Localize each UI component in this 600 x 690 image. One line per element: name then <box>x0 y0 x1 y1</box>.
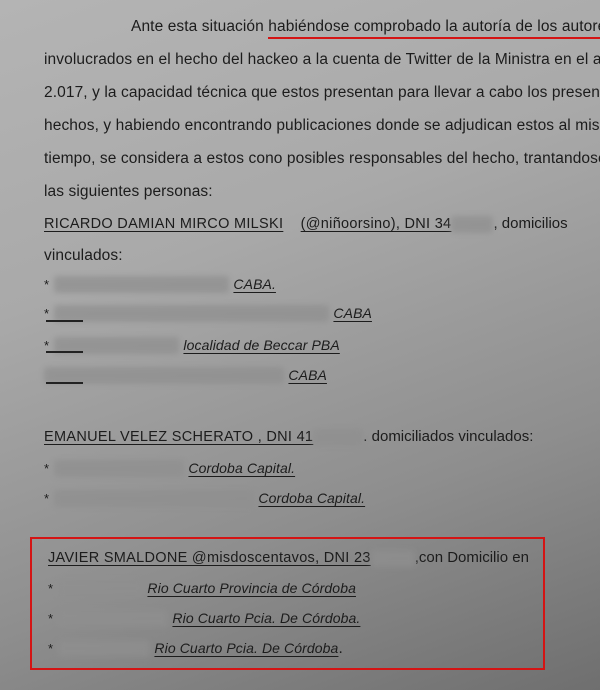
redacted-address <box>54 276 229 293</box>
redacted-address <box>58 640 150 657</box>
address-locality: Rio Cuarto Provincia de Córdoba <box>147 580 356 596</box>
bullet: * <box>44 489 54 509</box>
person-3-name: JAVIER SMALDONE @misdoscentavos, DNI 23 <box>48 550 371 566</box>
redacted-address <box>54 490 254 507</box>
person-2-header: EMANUEL VELEZ SCHERATO , DNI 41. domicil… <box>44 427 570 447</box>
bullet: * <box>48 639 58 659</box>
intro-text: Ante esta situación <box>131 18 268 35</box>
person-3-address-1: * Rio Cuarto Provincia de Córdoba <box>48 578 574 599</box>
bullet: * <box>44 459 54 479</box>
trailing-period: . <box>338 640 342 657</box>
paragraph-line-5: tiempo, se considera a estos cono posibl… <box>44 149 570 169</box>
paragraph-line-6: las siguientes personas: <box>44 182 570 202</box>
person-1-header: RICARDO DAMIAN MIRCO MILSKI (@niñoorsino… <box>44 214 570 234</box>
address-locality: CABA <box>288 367 327 383</box>
person-1-handle-dni: (@niñoorsino), DNI 34 <box>301 216 452 232</box>
redacted-address <box>58 580 143 597</box>
person-1-name: RICARDO DAMIAN MIRCO MILSKI <box>44 216 283 232</box>
person-2-name: EMANUEL VELEZ SCHERATO , DNI 41 <box>44 429 313 445</box>
address-locality: localidad de Beccar PBA <box>183 337 339 353</box>
address-locality: Cordoba Capital. <box>188 460 295 476</box>
address-locality: Rio Cuarto Pcia. De Córdoba <box>154 640 338 656</box>
paragraph-line-3: 2.017, y la capacidad técnica que estos … <box>44 83 570 103</box>
paragraph-line-4: hechos, y habiendo encontrando publicaci… <box>44 116 570 136</box>
highlighted-phrase: habiéndose comprobado la autoría de los … <box>268 18 600 35</box>
person-2-address-2: * Cordoba Capital. <box>44 488 570 509</box>
paragraph-line-2: involucrados en el hecho del hackeo a la… <box>44 50 570 70</box>
bullet: * <box>48 579 58 599</box>
person-2-suffix: . domiciliados vinculados: <box>363 428 533 445</box>
address-locality: CABA. <box>233 276 276 292</box>
underline-stub <box>46 320 83 322</box>
person-1-address-1: * CABA. <box>44 274 570 295</box>
redacted-dni <box>313 429 363 446</box>
redacted-address <box>54 460 184 477</box>
person-1-address-2: * CABA <box>44 303 570 324</box>
person-1-address-4: CABA <box>44 365 570 386</box>
bullet: * <box>44 275 54 295</box>
address-locality: Rio Cuarto Pcia. De Córdoba. <box>172 610 360 626</box>
person-3-header: JAVIER SMALDONE @misdoscentavos, DNI 23,… <box>48 548 574 568</box>
person-3-address-2: * Rio Cuarto Pcia. De Córdoba. <box>48 608 574 629</box>
redacted-dni <box>451 216 493 233</box>
paragraph-line-1: Ante esta situación habiéndose comprobad… <box>131 17 570 37</box>
bullet: * <box>44 336 54 356</box>
bullet: * <box>48 609 58 629</box>
person-3-address-3: * Rio Cuarto Pcia. De Córdoba. <box>48 638 574 659</box>
person-3-suffix: ,con Domicilio en <box>415 549 529 566</box>
redacted-address <box>58 610 168 627</box>
person-2-address-1: * Cordoba Capital. <box>44 458 570 479</box>
underline-stub <box>46 382 83 384</box>
person-1-suffix-2: vinculados: <box>44 246 570 266</box>
underline-stub <box>46 351 83 353</box>
address-locality: Cordoba Capital. <box>258 490 365 506</box>
person-1-address-3: * localidad de Beccar PBA <box>44 335 570 356</box>
document-page: Ante esta situación habiéndose comprobad… <box>0 0 600 690</box>
redacted-address <box>54 305 329 322</box>
redacted-dni <box>371 550 415 567</box>
person-1-suffix: , domicilios <box>493 215 567 232</box>
address-locality: CABA <box>333 305 372 321</box>
